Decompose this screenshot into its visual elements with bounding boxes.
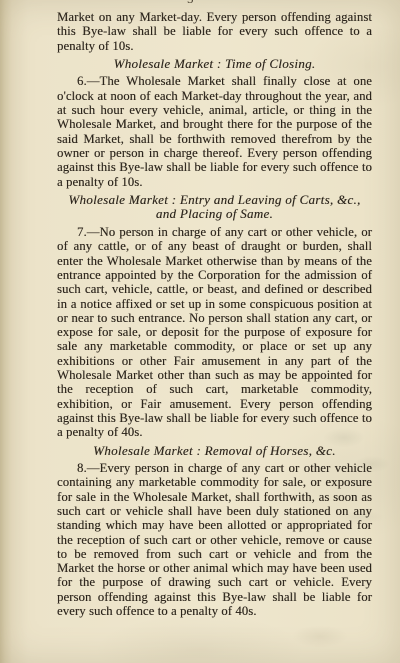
section-heading-time-of-closing: Wholesale Market : Time of Closing. xyxy=(57,57,372,72)
section-heading-removal-of-horses: Wholesale Market : Removal of Horses, &c… xyxy=(57,444,372,459)
paragraph-bylaw-7: 7.—No person in charge of any cart or ot… xyxy=(57,225,372,439)
paragraph-continuation: Market on any Market-day. Every person o… xyxy=(57,10,372,53)
scanned-page: 5 Market on any Market-day. Every person… xyxy=(0,0,400,663)
paragraph-bylaw-8: 8.—Every person in charge of any cart or… xyxy=(57,461,372,618)
page-content: Market on any Market-day. Every person o… xyxy=(57,10,372,620)
page-number-partial: 5 xyxy=(187,0,194,7)
section-heading-entry-and-leaving-of-carts: Wholesale Market : Entry and Leaving of … xyxy=(57,193,372,222)
paragraph-bylaw-6: 6.—The Wholesale Market shall finally cl… xyxy=(57,74,372,188)
